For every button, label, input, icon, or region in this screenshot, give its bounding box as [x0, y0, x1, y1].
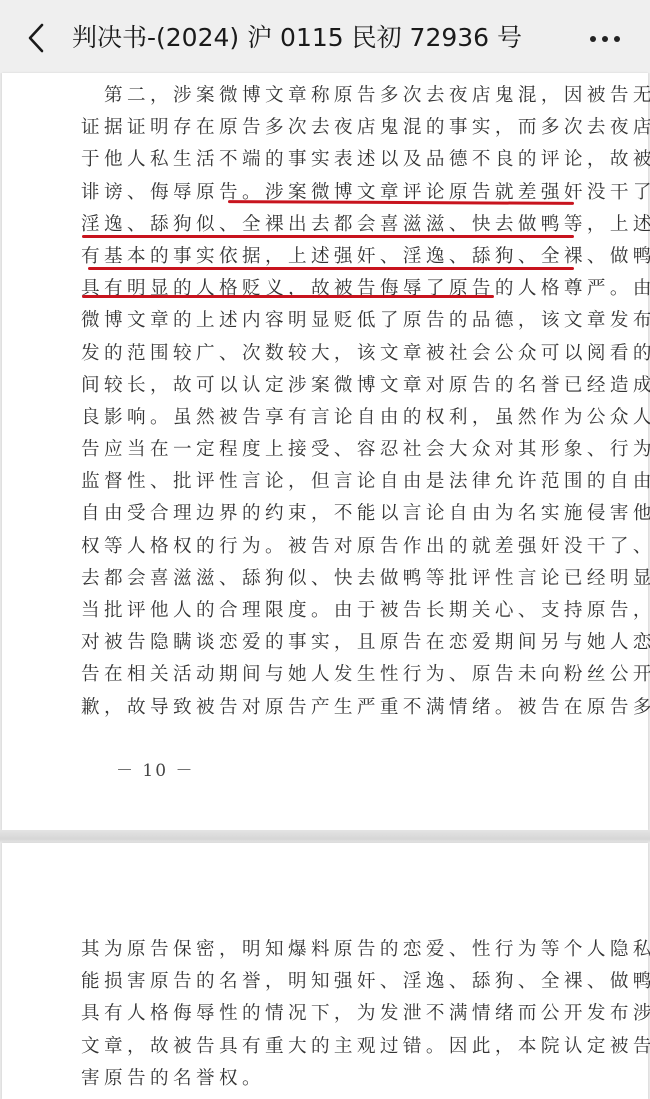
chevron-left-icon [26, 22, 46, 54]
text-line: 文章，故被告具有重大的主观过错。因此，本院认定被告构成侵 [81, 1031, 575, 1063]
text-line: 良影响。虽然被告享有言论自由的权利，虽然作为公众人物的原 [81, 402, 575, 434]
text-line: 其为原告保密，明知爆料原告的恋爱、性行为等个人隐私完全可 [81, 934, 575, 966]
text-line: 自由受合理边界的约束，不能以言论自由为名实施侵害他人名誉 [81, 498, 575, 530]
text-line: 发的范围较广、次数较大，该文章被社会公众可以阅看的持续时 [81, 338, 575, 370]
text-line: 告应当在一定程度上接受、容忍社会大众对其形象、行为作出的 [81, 434, 575, 466]
text-line: 去都会喜滋滋、舔狗似、快去做鸭等批评性言论已经明显超过正 [81, 563, 575, 595]
more-dot-icon [602, 36, 608, 42]
page-number: － 10 － [116, 756, 194, 781]
text-line: 间较长，故可以认定涉案微博文章对原告的名誉已经造成较大不 [81, 370, 575, 402]
page-body-text: 其为原告保密，明知爆料原告的恋爱、性行为等个人隐私完全可 能损害原告的名誉，明知… [81, 934, 575, 1095]
text-line: 第二，涉案微博文章称原告多次去夜店鬼混，因被告无充分 [81, 80, 575, 112]
text-line: 告在相关活动期间与她人发生性行为、原告未向粉丝公开赔礼道 [81, 659, 575, 691]
text-line: 监督性、批评性言论，但言论自由是法律允许范围的自由，言论 [81, 466, 575, 498]
text-line: 于他人私生活不端的事实表述以及品德不良的评论，故被告构成 [81, 144, 575, 176]
text-line: 微博文章的上述内容明显贬低了原告的品德，该文章发布后被转 [81, 305, 575, 337]
text-line: 权等人格权的行为。被告对原告作出的就差强奸没干了、全裸出 [81, 531, 575, 563]
document-page-11: 其为原告保密，明知爆料原告的恋爱、性行为等个人隐私完全可 能损害原告的名誉，明知… [2, 843, 648, 1099]
more-options-button[interactable] [582, 24, 628, 54]
title-fade-mask [522, 18, 562, 58]
document-title-container: 判决书-(2024) 沪 0115 民初 72936 号 [72, 18, 562, 58]
page-body-text: 第二，涉案微博文章称原告多次去夜店鬼混，因被告无充分 证据证明存在原告多次去夜店… [81, 80, 575, 724]
text-line: 当批评他人的合理限度。由于被告长期关心、支持原告，而原告 [81, 595, 575, 627]
document-title: 判决书-(2024) 沪 0115 民初 72936 号 [72, 18, 562, 58]
more-dot-icon [614, 36, 620, 42]
red-underline-highlight [82, 235, 574, 238]
text-line: 对被告隐瞒谈恋爱的事实，且原告在恋爱期间另与她人恋爱、原 [81, 627, 575, 659]
red-underline-highlight [88, 267, 574, 270]
more-dot-icon [590, 36, 596, 42]
text-line: 具有人格侮辱性的情况下，为发泄不满情绪而公开发布涉案微博 [81, 998, 575, 1030]
text-line: 能损害原告的名誉，明知强奸、淫逸、舔狗、全裸、做鸭等词语 [81, 966, 575, 998]
red-underline-highlight [82, 295, 494, 298]
text-line: 具有明显的人格贬义，故被告侮辱了原告的人格尊严。由于涉案 [81, 273, 575, 305]
top-nav-bar: 判决书-(2024) 沪 0115 民初 72936 号 [0, 0, 650, 73]
text-line: 歉，故导致被告对原告产生严重不满情绪。被告在原告多次请求 [81, 692, 575, 724]
document-page-10: 第二，涉案微博文章称原告多次去夜店鬼混，因被告无充分 证据证明存在原告多次去夜店… [2, 73, 648, 830]
back-button[interactable] [18, 18, 54, 58]
text-line: 害原告的名誉权。 [81, 1063, 575, 1095]
page-separator [0, 830, 650, 843]
text-line: 证据证明存在原告多次去夜店鬼混的事实，而多次去夜店鬼混属 [81, 112, 575, 144]
